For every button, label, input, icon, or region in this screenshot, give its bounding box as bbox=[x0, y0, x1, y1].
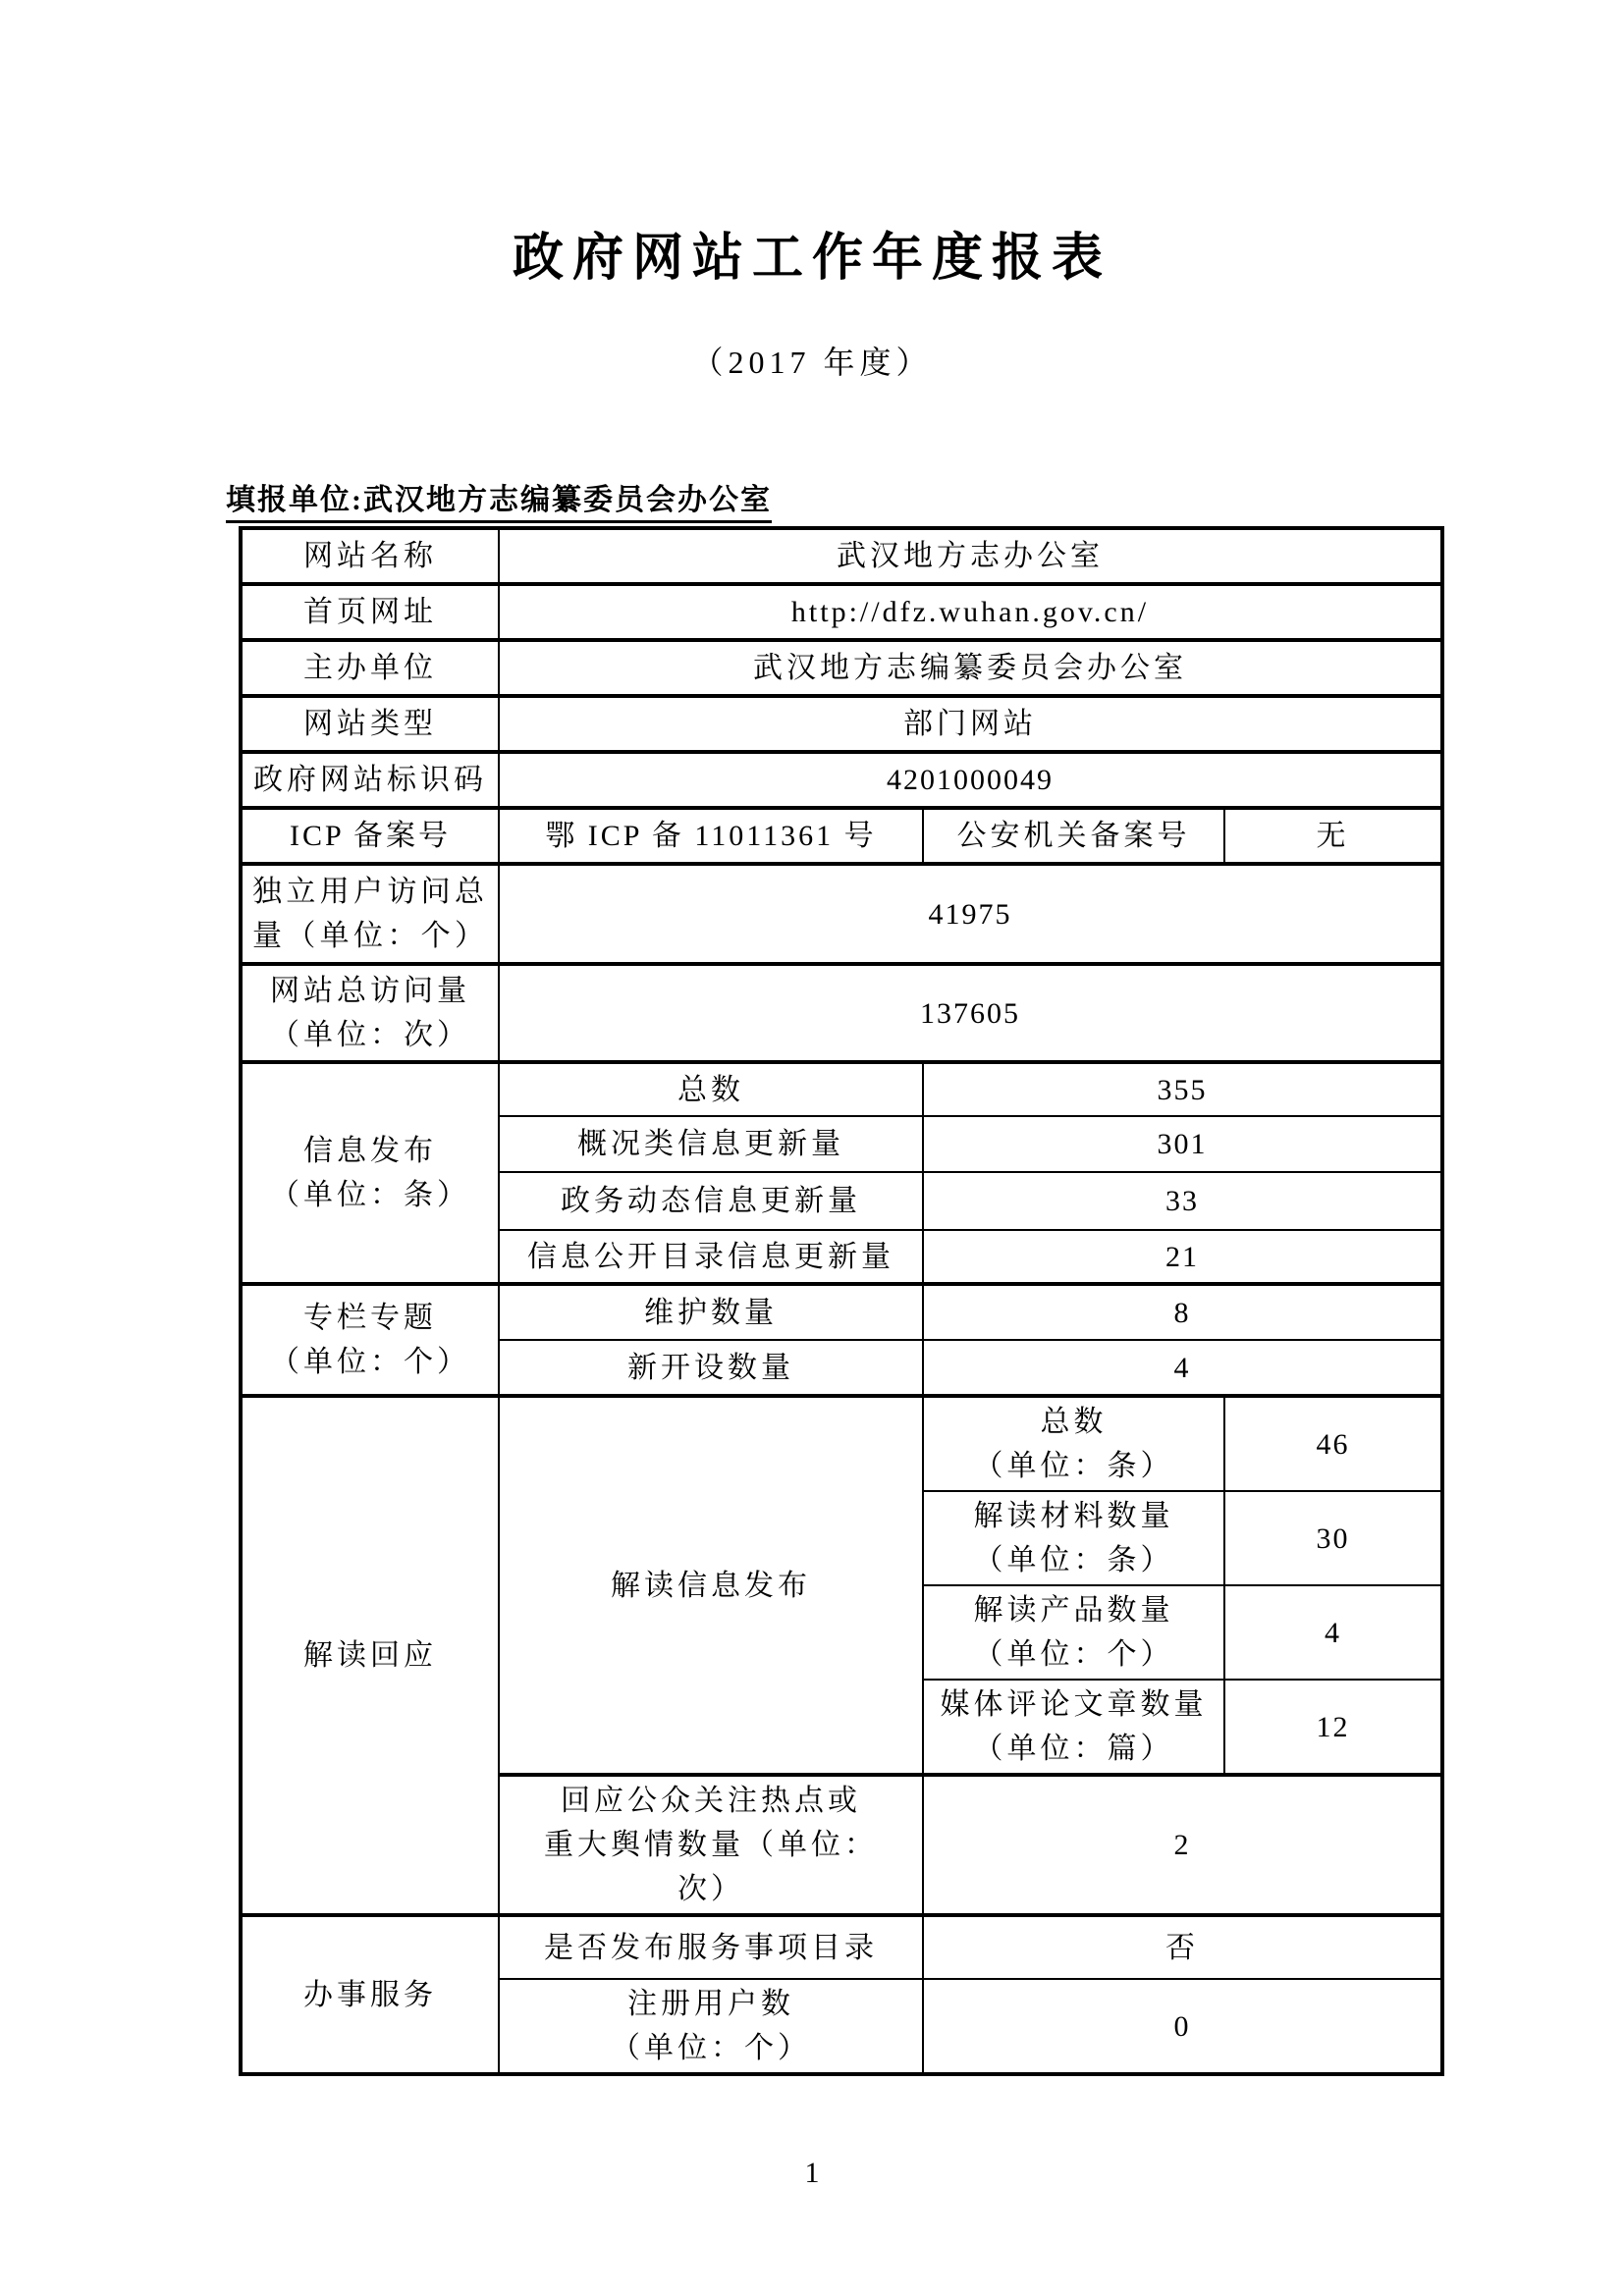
home-url-value-cell: http://dfz.wuhan.gov.cn/ bbox=[499, 584, 1442, 640]
row-site-code: 政府网站标识码 4201000049 bbox=[241, 752, 1442, 808]
row-sponsor: 主办单位 武汉地方志编纂委员会办公室 bbox=[241, 640, 1442, 696]
sponsor-value-cell: 武汉地方志编纂委员会办公室 bbox=[499, 640, 1442, 696]
police-record-label-cell: 公安机关备案号 bbox=[923, 808, 1224, 864]
site-name-label-cell: 网站名称 bbox=[241, 528, 499, 584]
special-columns-group-label-cell: 专栏专题 （单位：个） bbox=[241, 1284, 499, 1396]
unique-visitors-label-cell: 独立用户访问总量（单位：个） bbox=[241, 864, 499, 964]
info-publish-gov-news-label-cell: 政务动态信息更新量 bbox=[499, 1172, 923, 1230]
reporting-unit-underline: 填报单位:武汉地方志编纂委员会办公室 bbox=[226, 483, 772, 523]
info-publish-gov-news-value-cell: 33 bbox=[923, 1172, 1442, 1230]
row-site-name: 网站名称 武汉地方志办公室 bbox=[241, 528, 1442, 584]
sponsor-label-cell: 主办单位 bbox=[241, 640, 499, 696]
services-catalog-value-cell: 否 bbox=[923, 1915, 1442, 1979]
services-group-label-cell: 办事服务 bbox=[241, 1915, 499, 2074]
interpretation-hotspot-value-cell: 2 bbox=[923, 1775, 1442, 1915]
icp-label-cell: ICP 备案号 bbox=[241, 808, 499, 864]
reporting-unit-label: 填报单位: bbox=[226, 484, 363, 516]
special-columns-maintained-label-cell: 维护数量 bbox=[499, 1284, 923, 1340]
row-total-visits: 网站总访问量 （单位：次） 137605 bbox=[241, 964, 1442, 1062]
row-interpretation-total: 解读回应 解读信息发布 总数 （单位：条） 46 bbox=[241, 1396, 1442, 1491]
document-subtitle: （2017 年度） bbox=[0, 344, 1624, 381]
interpretation-total-label-cell: 总数 （单位：条） bbox=[923, 1396, 1224, 1491]
total-visits-label-cell: 网站总访问量 （单位：次） bbox=[241, 964, 499, 1062]
special-columns-new-label-cell: 新开设数量 bbox=[499, 1340, 923, 1396]
row-unique-visitors: 独立用户访问总量（单位：个） 41975 bbox=[241, 864, 1442, 964]
special-columns-new-value-cell: 4 bbox=[923, 1340, 1442, 1396]
row-icp: ICP 备案号 鄂 ICP 备 11011361 号 公安机关备案号 无 bbox=[241, 808, 1442, 864]
interpretation-hotspot-label-cell: 回应公众关注热点或 重大舆情数量（单位： 次） bbox=[499, 1775, 923, 1915]
special-columns-maintained-value-cell: 8 bbox=[923, 1284, 1442, 1340]
interpretation-media-value-cell: 12 bbox=[1224, 1680, 1442, 1775]
services-registered-users-label-cell: 注册用户数 （单位：个） bbox=[499, 1979, 923, 2074]
site-name-value-cell: 武汉地方志办公室 bbox=[499, 528, 1442, 584]
site-type-value-cell: 部门网站 bbox=[499, 696, 1442, 752]
services-catalog-label-cell: 是否发布服务事项目录 bbox=[499, 1915, 923, 1979]
interpretation-materials-value-cell: 30 bbox=[1224, 1491, 1442, 1585]
interpretation-media-label-cell: 媒体评论文章数量 （单位：篇） bbox=[923, 1680, 1224, 1775]
interpretation-publish-label-cell: 解读信息发布 bbox=[499, 1396, 923, 1775]
info-publish-directory-value-cell: 21 bbox=[923, 1230, 1442, 1284]
site-type-label-cell: 网站类型 bbox=[241, 696, 499, 752]
interpretation-products-value-cell: 4 bbox=[1224, 1585, 1442, 1680]
document-page: 政府网站工作年度报表 （2017 年度） 填报单位:武汉地方志编纂委员会办公室 … bbox=[0, 0, 1624, 2296]
row-info-publish-total: 信息发布 （单位：条） 总数 355 bbox=[241, 1062, 1442, 1116]
row-special-columns-maintained: 专栏专题 （单位：个） 维护数量 8 bbox=[241, 1284, 1442, 1340]
unique-visitors-value-cell: 41975 bbox=[499, 864, 1442, 964]
info-publish-total-value-cell: 355 bbox=[923, 1062, 1442, 1116]
info-publish-directory-label-cell: 信息公开目录信息更新量 bbox=[499, 1230, 923, 1284]
total-visits-value-cell: 137605 bbox=[499, 964, 1442, 1062]
annual-report-table: 网站名称 武汉地方志办公室 首页网址 http://dfz.wuhan.gov.… bbox=[239, 526, 1444, 2076]
interpretation-products-label-cell: 解读产品数量 （单位：个） bbox=[923, 1585, 1224, 1680]
reporting-unit-line: 填报单位:武汉地方志编纂委员会办公室 bbox=[226, 483, 1624, 523]
info-publish-group-label-cell: 信息发布 （单位：条） bbox=[241, 1062, 499, 1284]
document-title: 政府网站工作年度报表 bbox=[0, 0, 1624, 289]
home-url-label-cell: 首页网址 bbox=[241, 584, 499, 640]
services-registered-users-value-cell: 0 bbox=[923, 1979, 1442, 2074]
site-code-label-cell: 政府网站标识码 bbox=[241, 752, 499, 808]
row-site-type: 网站类型 部门网站 bbox=[241, 696, 1442, 752]
page-number: 1 bbox=[0, 2157, 1624, 2190]
info-publish-overview-label-cell: 概况类信息更新量 bbox=[499, 1116, 923, 1172]
site-code-value-cell: 4201000049 bbox=[499, 752, 1442, 808]
row-home-url: 首页网址 http://dfz.wuhan.gov.cn/ bbox=[241, 584, 1442, 640]
interpretation-materials-label-cell: 解读材料数量 （单位：条） bbox=[923, 1491, 1224, 1585]
icp-value-cell: 鄂 ICP 备 11011361 号 bbox=[499, 808, 923, 864]
interpretation-total-value-cell: 46 bbox=[1224, 1396, 1442, 1491]
interpretation-group-label-cell: 解读回应 bbox=[241, 1396, 499, 1915]
info-publish-total-label-cell: 总数 bbox=[499, 1062, 923, 1116]
row-services-catalog: 办事服务 是否发布服务事项目录 否 bbox=[241, 1915, 1442, 1979]
reporting-unit-value: 武汉地方志编纂委员会办公室 bbox=[363, 484, 772, 516]
police-record-value-cell: 无 bbox=[1224, 808, 1442, 864]
info-publish-overview-value-cell: 301 bbox=[923, 1116, 1442, 1172]
